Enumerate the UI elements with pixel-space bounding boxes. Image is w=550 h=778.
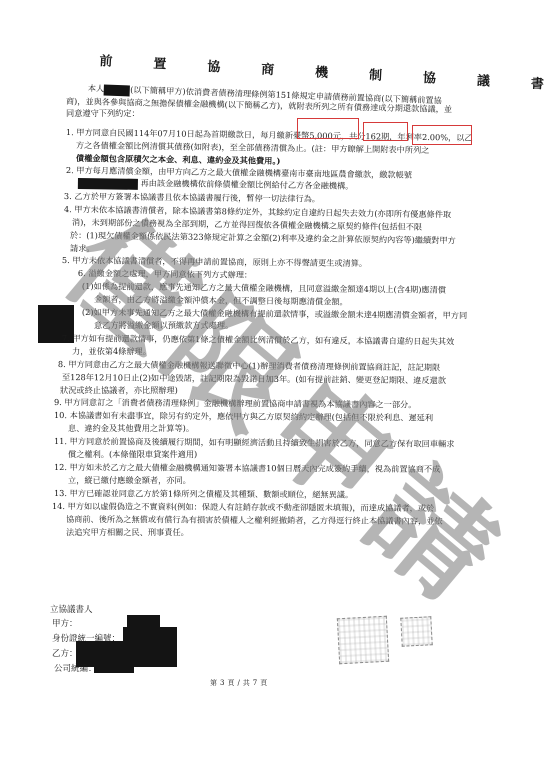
clause-text: 乙方於甲方簽署本協議書且依本協議書履行後，暫停一切法律行為。 — [74, 191, 320, 204]
clause-3-line-1: 3. 乙方於甲方簽署本協議書且依本協議書履行後，暫停一切法律行為。 — [64, 191, 320, 204]
clause-10-line-1: 10. 本協議書如有未盡事宜，除另有約定外，應依甲方與乙方原契約約定辦理(包括但… — [54, 410, 433, 423]
redacted-name — [104, 84, 130, 96]
highlight-interest-rate — [412, 125, 472, 145]
clause-text: 甲方已確認並同意乙方於第1條所列之債權及其種類、數額或順位，絕無異議。 — [70, 488, 354, 499]
clause-number: 3. — [64, 191, 72, 201]
watermark-char: 請 — [345, 450, 514, 619]
clause-4-line-3: 於：(1)現欠債權金額係依民法第323條規定計算之金額(2)利率及違約金之計算依… — [70, 230, 456, 245]
highlight-installments — [363, 122, 408, 141]
clause-9-line-1: 9. 甲方同意訂之「消費者債務清理條例」金融機構辦理前置協商申請書視為本協議書內… — [54, 397, 417, 410]
document-title: 前 置 協 商 機 制 協 議 書 (金融機構無擔保債權) — [99, 50, 479, 89]
redacted-account-number — [78, 177, 138, 189]
clause-text: 甲方如未於乙方之最大債權金融機構通知簽署本協議書10個日曆天內完成簽約手續，視為… — [70, 462, 441, 474]
party-b-label: 乙方： — [52, 647, 78, 659]
clause-4-line-4: 請求。 — [70, 243, 95, 253]
clause-number: 7. — [62, 333, 70, 343]
clause-number: 2. — [66, 165, 74, 175]
party-a-label: 甲方： — [52, 617, 78, 629]
clause-7-line-2: 力，並依第4條辦理。 — [72, 346, 151, 356]
clause-text: 本協議書如有未盡事宜，除另有約定外，應依甲方與乙方原契約約定辦理(包括但不限於利… — [70, 410, 434, 423]
clause-6-line-2: (1)如係為提前還款，應事先通知乙方之最大債權金融機構，且同意溢繳金額達4期以上… — [82, 281, 446, 295]
clause-number: 6. — [78, 268, 86, 278]
clause-12-line-2: 立，縱已繳付應繳金額者，亦同。 — [68, 475, 191, 485]
clause-10-line-2: 息、違約金及其他費用之計算等)。 — [68, 423, 194, 433]
clause-number: 4. — [64, 204, 72, 214]
clause-11-line-1: 11. 甲方同意於前置協商及後續履行期間，如有明顯經濟活動且持續致生損害於乙方，… — [54, 436, 455, 449]
clause-8-line-2: 至128年12月10日止(2)如中途毀諾，註記期限為毀諾日加3年。(如有提前註銷… — [62, 372, 446, 385]
clause-12-line-1: 12. 甲方如未於乙方之最大債權金融機構通知簽署本協議書10個日曆天內完成簽約手… — [54, 462, 440, 474]
clause-text: 甲方如以虛假偽造之不實資料(例如：保證人有註銷存款或不動產卻隱匿未填報)，而達成… — [68, 501, 435, 513]
representative-seal-stamp — [400, 616, 432, 647]
redacted-id-number — [123, 627, 177, 641]
signatories-heading: 立協議書人 — [50, 603, 93, 615]
clause-number: 9. — [54, 397, 62, 407]
clause-number: 10. — [54, 410, 67, 420]
clause-number: 14. — [52, 501, 65, 511]
clause-8-line-1: 8. 甲方同意由乙方之最大債權金融機構報送聯徵中心(1)辦理消費者債務清理條例前… — [58, 359, 440, 372]
clause-text: 溢繳金額之處理，甲方同意依下列方式辦理： — [88, 268, 252, 280]
clause-6-line-3: 金額者，由乙方將溢繳金額沖償本金，但不調整日後每期應清償金額。 — [94, 294, 348, 307]
intro-text: 本人 — [88, 83, 105, 94]
document-page: 前 置 協 商 機 制 協 議 書 (金融機構無擔保債權) 本人(以下簡稱甲方)… — [0, 0, 550, 778]
clause-number: 5. — [62, 255, 70, 265]
clause-6-line-1: 6. 溢繳金額之處理，甲方同意依下列方式辦理： — [78, 268, 252, 280]
clause-14-line-3: 法追究甲方相關之民、刑事責任。 — [66, 527, 189, 537]
clause-8-line-3: 狀況或終止協議者，亦比照辦理) — [60, 385, 178, 395]
clause-1-line-3: 債權金額包含原積欠之本金、利息、違約金及其他費用。) — [76, 153, 281, 166]
clause-text: 再由該金融機構依前條債權金額比例給付乙方各金融機構。 — [140, 178, 353, 191]
clause-text: 甲方同意於前置協商及後續履行期間，如有明顯經濟活動且持續致生損害於乙方，同意乙方… — [70, 436, 455, 449]
clause-4-line-2: 消)，未到期部份之債務視為全部到期，乙方並得回復依各債權金融機構之原契約條件(包… — [72, 217, 422, 232]
clause-14-line-2: 協商前、後所為之無償或有償行為有損害於債權人之權利經撤銷者，乙方得逕行終止本協議… — [66, 514, 443, 526]
company-seal-stamp — [337, 616, 389, 665]
clause-6-line-5: 意乙方將溢繳金額以預繳款方式處理。 — [94, 320, 233, 330]
clause-5-line-1: 5. 甲方未依本協議書清償者，不得再申請前置協商，原則上亦不得聲請更生或清算。 — [62, 255, 367, 268]
intro-line-3: 同意遵守下列約定： — [66, 108, 140, 118]
clause-14-line-1: 14. 甲方如以虛假偽造之不實資料(例如：保證人有註銷存款或不動產卻隱匿未填報)… — [52, 501, 434, 513]
clause-6-line-4: (2)如甲方未事先通知乙方之最大債權金融機構有提前還款情事，或溢繳金額未達4期應… — [82, 307, 467, 320]
page-number: 第3頁/共7頁 — [210, 678, 270, 688]
clause-2-line-2: 再由該金融機構依前條債權金額比例給付乙方各金融機構。 — [78, 177, 354, 192]
clause-text: 甲方如有提前還款情事，仍應依第1條之債權金額比例清償於乙方，如有違反，本協議書自… — [72, 333, 454, 346]
clause-text: 甲方同意訂之「消費者債務清理條例」金融機構辦理前置協商申請書視為本協議書內容之一… — [64, 397, 416, 409]
clause-7-line-1: 7. 甲方如有提前還款情事，仍應依第1條之債權金額比例清償於乙方，如有違反，本協… — [62, 333, 454, 346]
clause-text: 甲方未依本協議書清償者，不得再申請前置協商，原則上亦不得聲請更生或清算。 — [72, 255, 367, 268]
clause-number: 8. — [58, 359, 66, 369]
clause-text: 甲方同意由乙方之最大債權金融機構報送聯徵中心(1)辦理消費者債務清理條例前置協商… — [68, 359, 440, 372]
company-id-label: 公司統編： — [54, 662, 97, 674]
clause-number: 13. — [54, 488, 67, 498]
clause-number: 11. — [54, 436, 67, 446]
clause-number: 12. — [54, 462, 67, 472]
clause-number: 1. — [66, 127, 74, 137]
clause-13-line-1: 13. 甲方已確認並同意乙方於第1條所列之債權及其種類、數額或順位，絕無異議。 — [54, 488, 353, 500]
clause-11-line-2: 償之權利。(本條僅限車貸案件適用) — [68, 449, 197, 459]
clause-1-line-2: 方之各債權金額比例清償其債務(如附表)，至全部債務清償為止。(註：甲方瞭解上開附… — [76, 140, 430, 155]
redacted-company-id — [94, 661, 134, 673]
highlight-monthly-payment — [297, 118, 359, 139]
